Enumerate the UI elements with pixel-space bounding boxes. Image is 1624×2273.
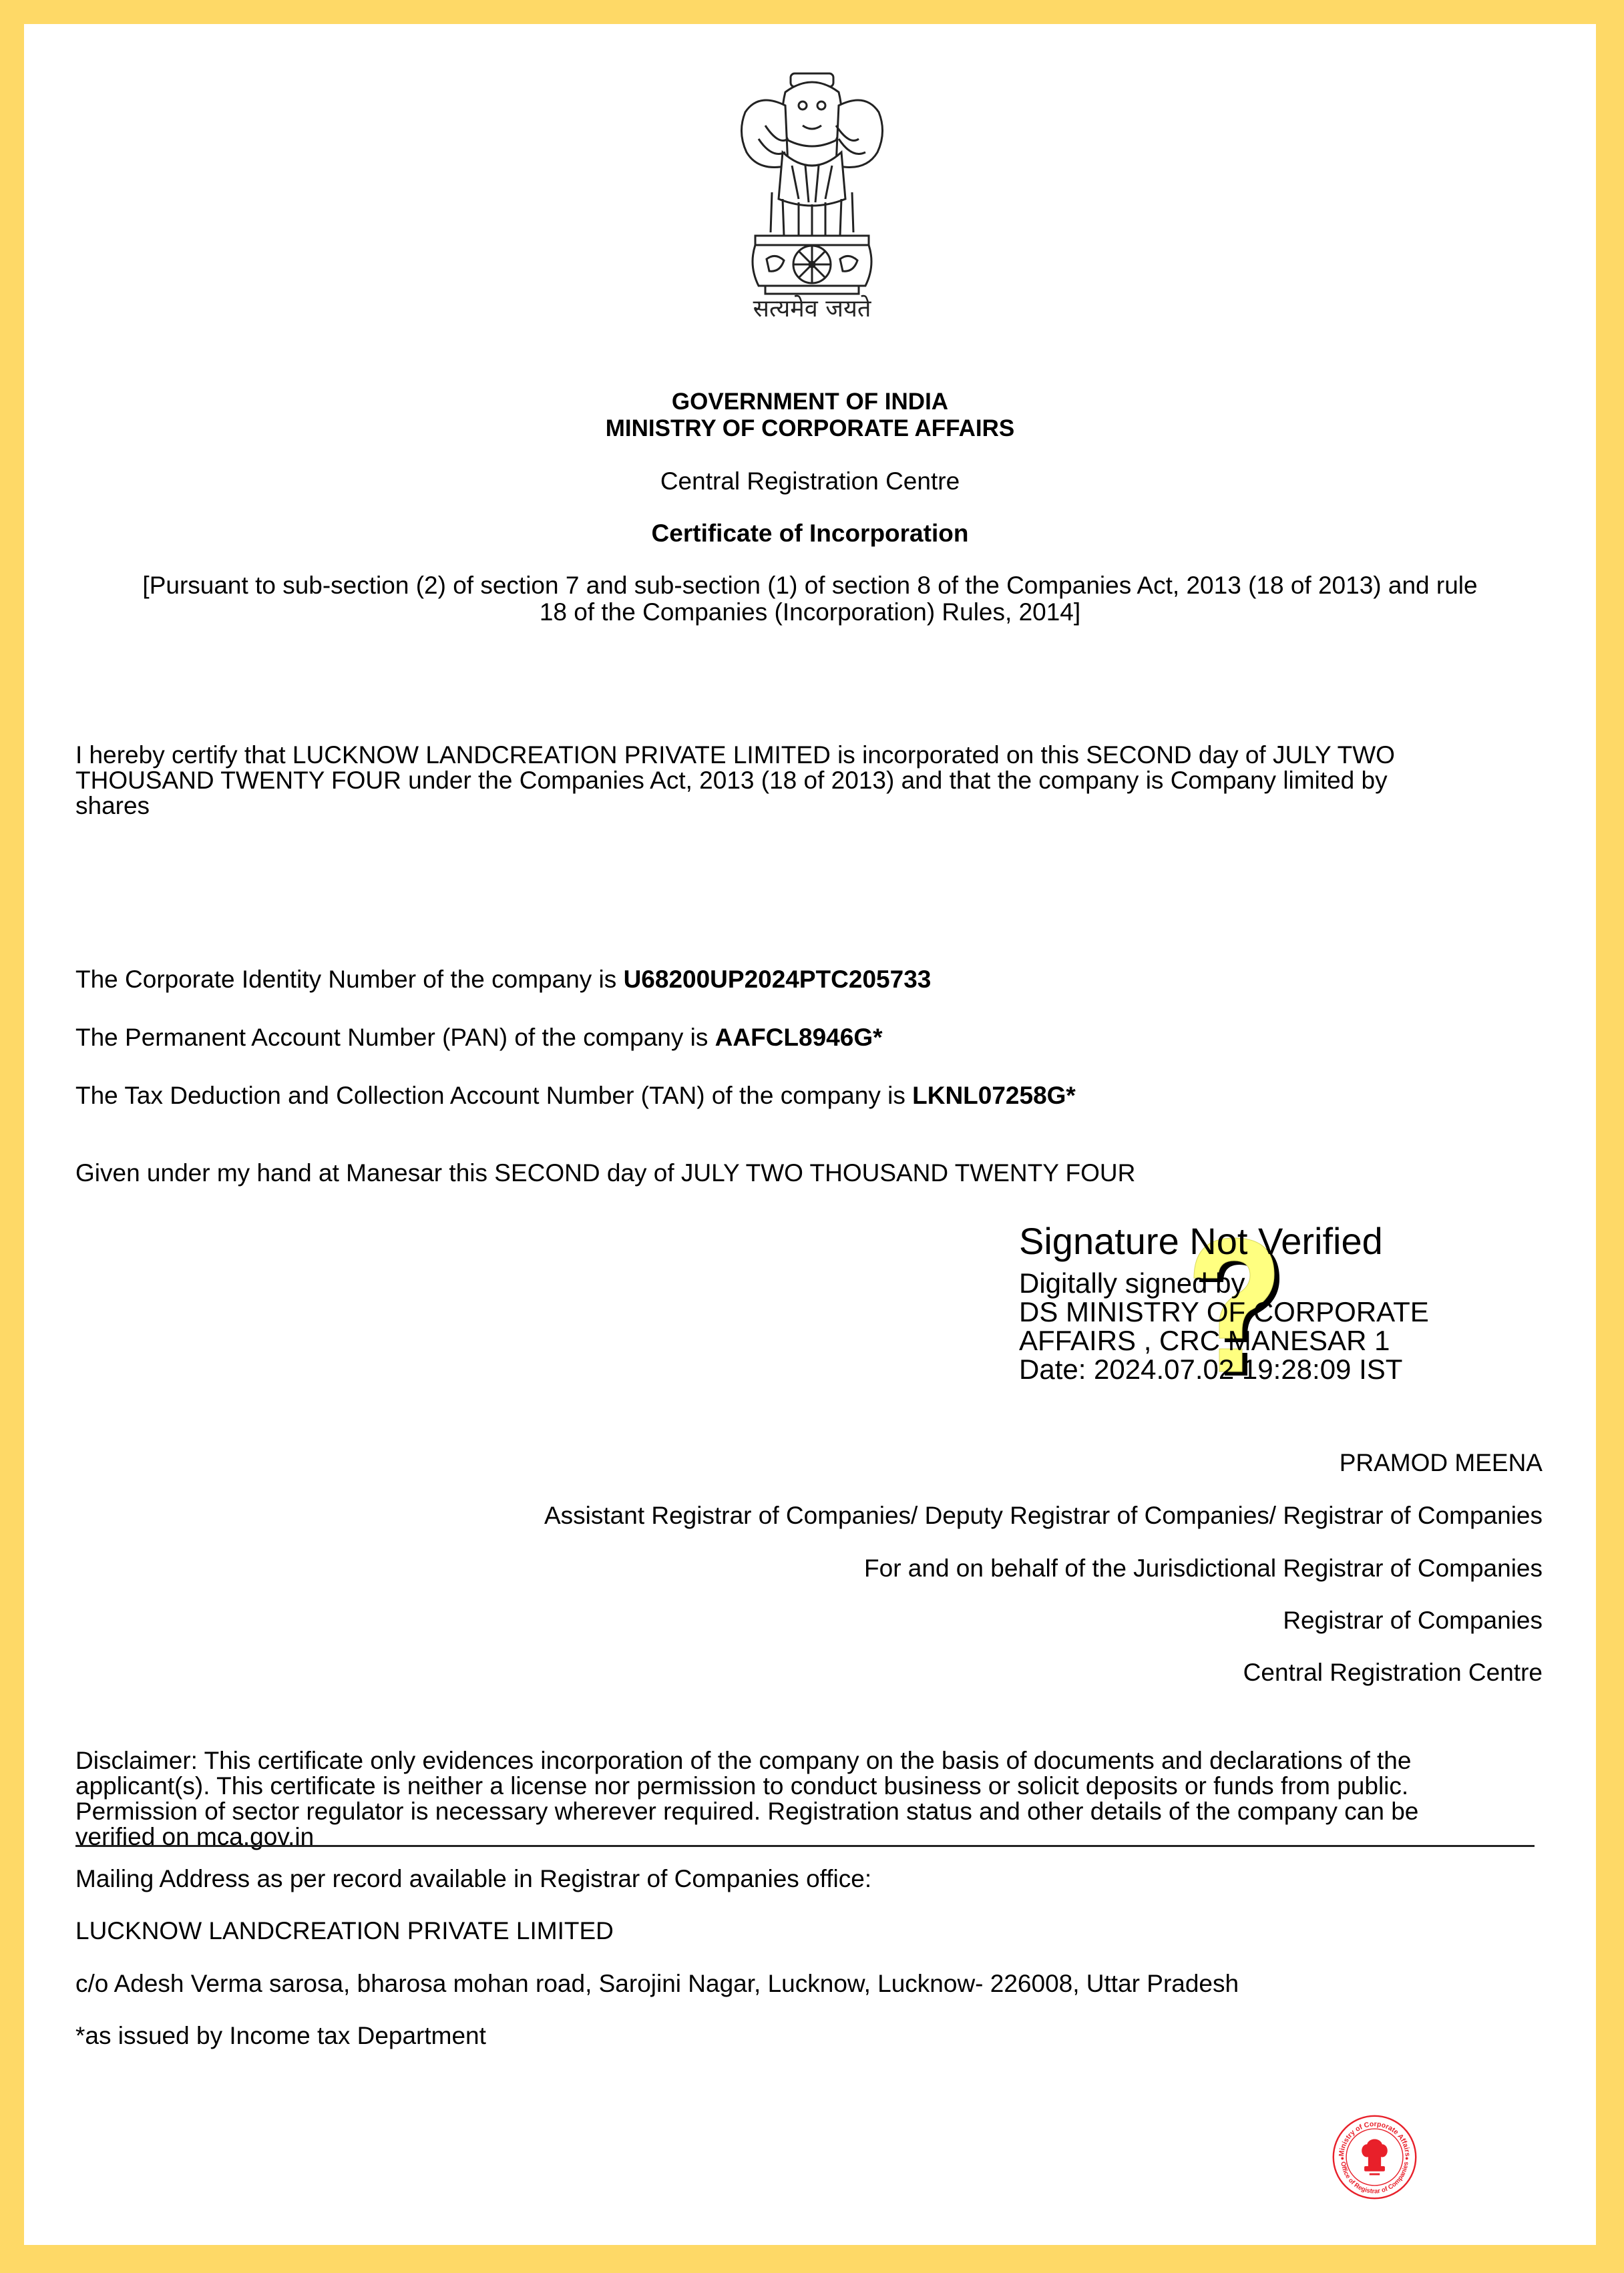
signatory-office: Registrar of Companies xyxy=(1283,1607,1543,1635)
pan-value: AAFCL8946G* xyxy=(715,1024,883,1051)
signature-status: Signature Not Verified xyxy=(1019,1219,1540,1263)
certify-line-2: THOUSAND TWENTY FOUR under the Companies… xyxy=(75,767,1388,795)
mailing-company: LUCKNOW LANDCREATION PRIVATE LIMITED xyxy=(75,1917,614,1945)
certify-line-3: shares xyxy=(75,792,150,820)
pan-label: The Permanent Account Number (PAN) of th… xyxy=(75,1024,715,1051)
header-centre: Central Registration Centre xyxy=(24,467,1596,495)
pursuant-line-2: 18 of the Companies (Incorporation) Rule… xyxy=(24,598,1596,626)
cin-statement: The Corporate Identity Number of the com… xyxy=(75,966,931,994)
certificate-page: सत्यमेव जयते GOVERNMENT OF INDIA MINISTR… xyxy=(24,24,1596,2245)
disclaimer-line-2: applicant(s). This certificate is neithe… xyxy=(75,1774,1408,1799)
tan-value: LKNL07258G* xyxy=(912,1082,1076,1109)
mailing-address: c/o Adesh Verma sarosa, bharosa mohan ro… xyxy=(75,1970,1239,1998)
digital-signature-block[interactable]: Signature Not Verified Digitally signed … xyxy=(1019,1219,1540,1384)
signature-date: Date: 2024.07.02 19:28:09 IST xyxy=(1019,1355,1540,1384)
signatory-name: PRAMOD MEENA xyxy=(1340,1449,1543,1477)
cin-label: The Corporate Identity Number of the com… xyxy=(75,966,624,993)
pan-tan-footnote: *as issued by Income tax Department xyxy=(75,2022,486,2050)
pursuant-line-1: [Pursuant to sub-section (2) of section … xyxy=(24,572,1596,600)
header-ministry: MINISTRY OF CORPORATE AFFAIRS xyxy=(24,415,1596,442)
signatory-behalf: For and on behalf of the Jurisdictional … xyxy=(864,1555,1543,1583)
registrar-seal-icon: Ministry of Corporate Affairs Office of … xyxy=(1330,2112,1420,2202)
pan-statement: The Permanent Account Number (PAN) of th… xyxy=(75,1024,883,1052)
signature-signer-2: AFFAIRS , CRC MANESAR 1 xyxy=(1019,1326,1540,1355)
given-statement: Given under my hand at Manesar this SECO… xyxy=(75,1159,1135,1187)
signatory-centre: Central Registration Centre xyxy=(1243,1659,1543,1687)
disclaimer-line-1: Disclaimer: This certificate only eviden… xyxy=(75,1748,1411,1774)
emblem-motto: सत्यमेव जयते xyxy=(712,291,912,324)
signatory-designation: Assistant Registrar of Companies/ Deputy… xyxy=(544,1502,1543,1530)
mailing-heading: Mailing Address as per record available … xyxy=(75,1865,871,1893)
cin-value: U68200UP2024PTC205733 xyxy=(624,966,932,993)
tan-statement: The Tax Deduction and Collection Account… xyxy=(75,1082,1076,1110)
certify-line-1: I hereby certify that LUCKNOW LANDCREATI… xyxy=(75,741,1395,769)
tan-label: The Tax Deduction and Collection Account… xyxy=(75,1082,912,1109)
header-government: GOVERNMENT OF INDIA xyxy=(24,389,1596,415)
disclaimer-line-3: Permission of sector regulator is necess… xyxy=(75,1799,1418,1824)
signature-signed-by: Digitally signed by xyxy=(1019,1269,1540,1297)
divider-line xyxy=(75,1845,1535,1847)
certificate-title: Certificate of Incorporation xyxy=(24,520,1596,548)
signature-signer-1: DS MINISTRY OF CORPORATE xyxy=(1019,1297,1540,1326)
national-emblem-icon xyxy=(719,65,905,299)
